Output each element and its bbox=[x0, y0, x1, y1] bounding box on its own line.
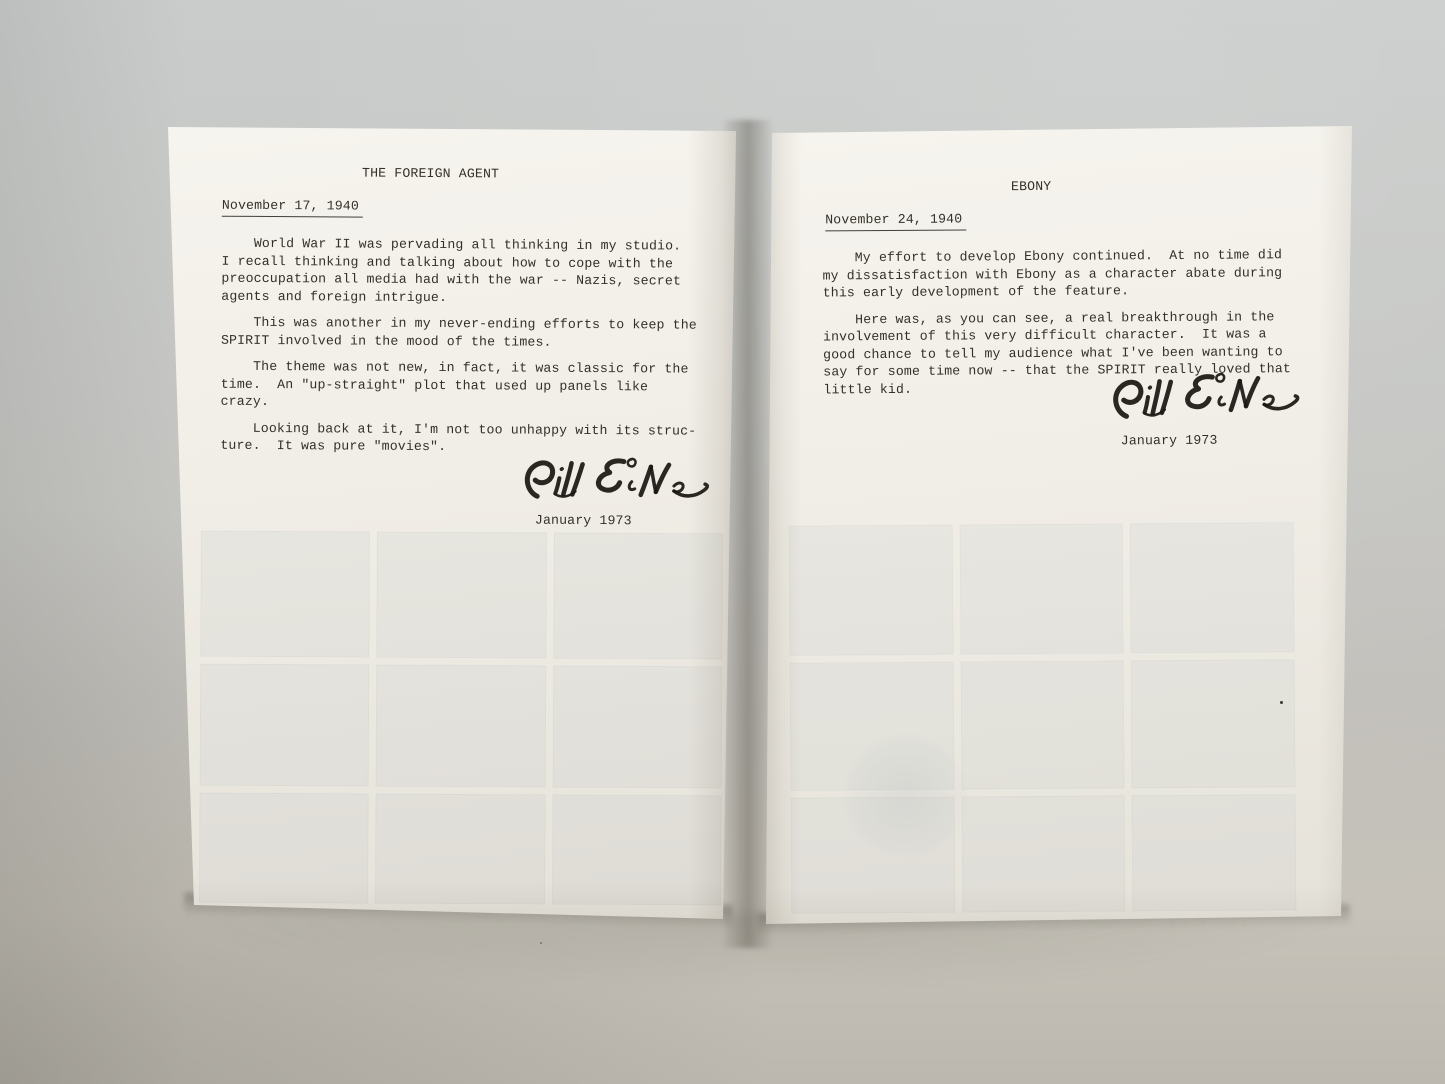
paragraph: My effort to develop Ebony continued. At… bbox=[822, 246, 1290, 302]
date-heading-wrap: November 17, 1940 bbox=[222, 197, 363, 217]
signature-date: January 1973 bbox=[535, 512, 632, 530]
paragraph: World War II was pervading all thinking … bbox=[221, 235, 697, 308]
paragraph: Looking back at it, I'm not too unhappy … bbox=[220, 419, 696, 457]
paragraph: The theme was not new, in fact, it was c… bbox=[221, 358, 697, 413]
photo-scene: THE FOREIGN AGENT November 17, 1940 Worl… bbox=[0, 0, 1445, 1084]
date-heading-wrap: November 24, 1940 bbox=[825, 210, 966, 230]
signature-will-eisner bbox=[1106, 366, 1301, 430]
surface-speck bbox=[540, 942, 542, 944]
body-text: World War II was pervading all thinking … bbox=[220, 235, 697, 466]
page-title: THE FOREIGN AGENT bbox=[362, 165, 499, 183]
date-heading: November 24, 1940 bbox=[825, 210, 966, 230]
date-heading: November 17, 1940 bbox=[222, 197, 363, 217]
paragraph: This was another in my never-ending effo… bbox=[221, 314, 697, 352]
page-title: EBONY bbox=[1011, 178, 1051, 196]
signature-date: January 1973 bbox=[1121, 432, 1218, 450]
signature-will-eisner bbox=[519, 454, 710, 510]
paper-speck bbox=[1280, 701, 1283, 704]
